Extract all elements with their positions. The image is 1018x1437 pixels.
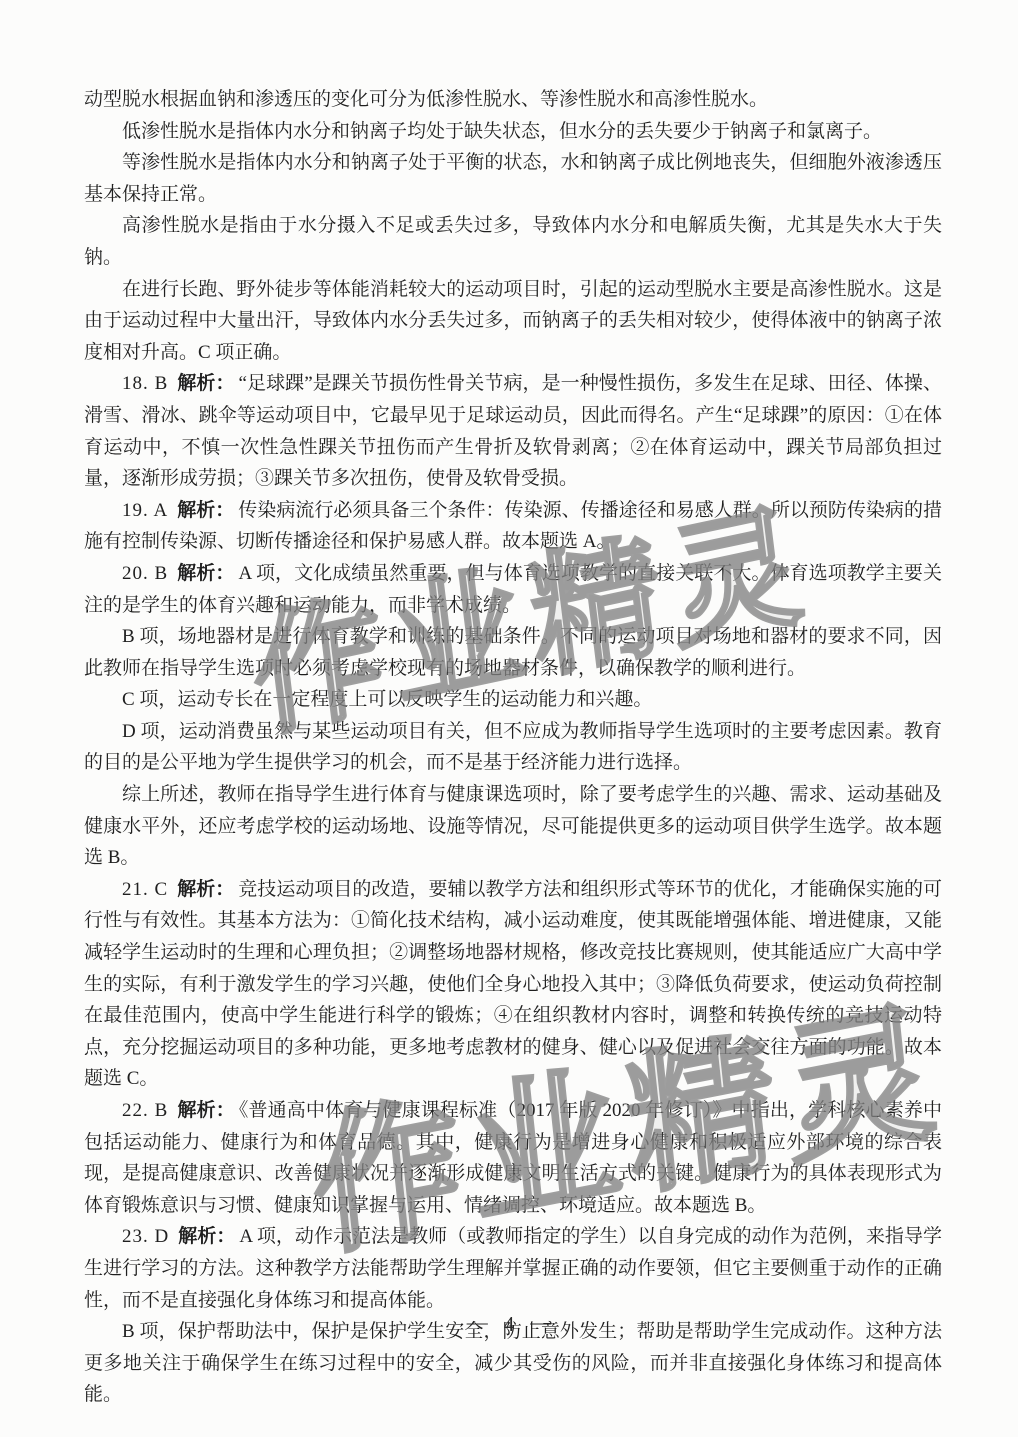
analysis-label: 解析： [178,1226,239,1247]
paragraph-text: 高渗性脱水是指由于水分摄入不足或丢失过多，导致体内水分和电解质失衡，尤其是失水大… [84,215,942,268]
analysis-label: 解析： [177,563,238,584]
footer-dash-right: — [530,1310,551,1335]
analysis-label: 解析： [177,1100,239,1121]
paragraph-text: 动型脱水根据血钠和渗透压的变化可分为低渗性脱水、等渗性脱水和高渗性脱水。 [84,89,768,110]
paragraph-text: B 项，场地器材是进行体育教学和训练的基础条件。不同的运动项目对场地和器材的要求… [84,626,942,679]
answer-paragraph-21: 21. C解析：竞技运动项目的改造，要辅以教学方法和组织形式等环节的优化，才能确… [84,874,942,1095]
analysis-label: 解析： [177,500,238,521]
text-paragraph-1: 低渗性脱水是指体内水分和钠离子均处于缺失状态，但水分的丢失要少于钠离子和氯离子。 [84,116,942,148]
page-number: 4 [504,1312,515,1337]
footer-dash-left: — [467,1310,488,1335]
text-paragraph-9: C 项，运动专长在一定程度上可以反映学生的运动能力和兴趣。 [84,684,942,716]
question-number-and-answer: 21. C [122,879,177,900]
text-paragraph-10: D 项，运动消费虽然与某些运动项目有关，但不应成为教师指导学生选项时的主要考虑因… [84,716,942,779]
paragraph-text: 竞技运动项目的改造，要辅以教学方法和组织形式等环节的优化，才能确保实施的可行性与… [84,879,942,1090]
answer-paragraph-18: 18. B解析：“足球踝”是踝关节损伤性骨关节病，是一种慢性损伤，多发生在足球、… [84,368,942,494]
page-footer: —4— [0,1312,1018,1337]
text-paragraph-2: 等渗性脱水是指体内水分和钠离子处于平衡的状态，水和钠离子成比例地丧失，但细胞外液… [84,147,942,210]
answer-paragraph-23: 23. D解析：A 项，动作示范法是教师（或教师指定的学生）以自身完成的动作为范… [84,1221,942,1316]
answer-paragraph-19: 19. A解析：传染病流行必须具备三个条件：传染源、传播途径和易感人群。所以预防… [84,495,942,558]
text-paragraph-8: B 项，场地器材是进行体育教学和训练的基础条件。不同的运动项目对场地和器材的要求… [84,621,942,684]
scanned-document-page: 作业精灵 作业精灵 动型脱水根据血钠和渗透压的变化可分为低渗性脱水、等渗性脱水和… [0,0,1018,1437]
text-paragraph-0: 动型脱水根据血钠和渗透压的变化可分为低渗性脱水、等渗性脱水和高渗性脱水。 [84,84,942,116]
question-number-and-answer: 18. B [122,373,177,394]
analysis-label: 解析： [177,373,238,394]
answer-paragraph-20: 20. B解析：A 项，文化成绩虽然重要，但与体育选项教学的直接关联不大。体育选… [84,558,942,621]
paragraph-text: 在进行长跑、野外徒步等体能消耗较大的运动项目时，引起的运动型脱水主要是高渗性脱水… [84,279,942,363]
answer-explanations-body: 动型脱水根据血钠和渗透压的变化可分为低渗性脱水、等渗性脱水和高渗性脱水。低渗性脱… [84,84,942,1411]
analysis-label: 解析： [177,879,238,900]
text-paragraph-11: 综上所述，教师在指导学生进行体育与健康课选项时，除了要考虑学生的兴趣、需求、运动… [84,779,942,874]
question-number-and-answer: 23. D [122,1226,178,1247]
answer-paragraph-22: 22. B解析：《普通高中体育与健康课程标准（2017 年版 2020 年修订）… [84,1095,942,1221]
paragraph-text: D 项，运动消费虽然与某些运动项目有关，但不应成为教师指导学生选项时的主要考虑因… [84,721,942,774]
paragraph-text: 综上所述，教师在指导学生进行体育与健康课选项时，除了要考虑学生的兴趣、需求、运动… [84,784,942,868]
paragraph-text: C 项，运动专长在一定程度上可以反映学生的运动能力和兴趣。 [122,689,652,710]
text-paragraph-4: 在进行长跑、野外徒步等体能消耗较大的运动项目时，引起的运动型脱水主要是高渗性脱水… [84,274,942,369]
paragraph-text: 等渗性脱水是指体内水分和钠离子处于平衡的状态，水和钠离子成比例地丧失，但细胞外液… [84,152,942,205]
paragraph-text: 低渗性脱水是指体内水分和钠离子均处于缺失状态，但水分的丢失要少于钠离子和氯离子。 [122,121,882,142]
text-paragraph-3: 高渗性脱水是指由于水分摄入不足或丢失过多，导致体内水分和电解质失衡，尤其是失水大… [84,210,942,273]
question-number-and-answer: 20. B [122,563,177,584]
question-number-and-answer: 19. A [122,500,177,521]
question-number-and-answer: 22. B [122,1100,177,1121]
